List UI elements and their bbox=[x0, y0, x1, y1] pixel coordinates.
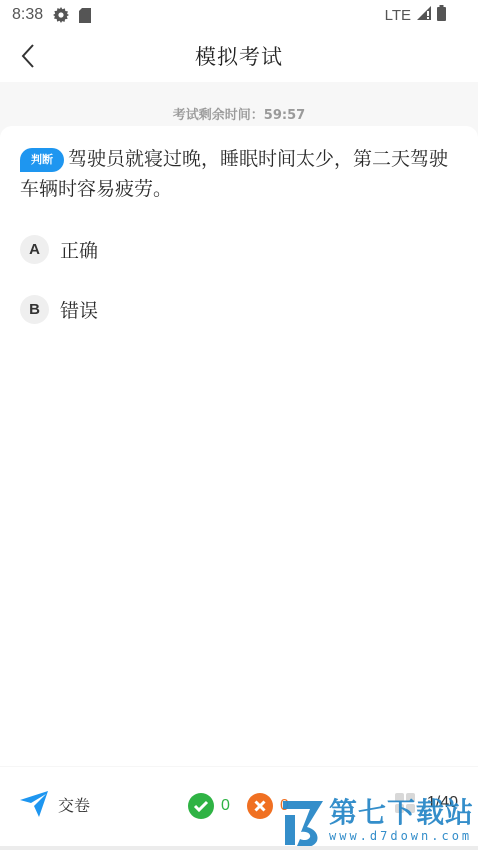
watermark: 第七下载站 www.d7down.com bbox=[283, 797, 474, 847]
chevron-left-icon bbox=[20, 43, 36, 69]
option-b[interactable]: B 错误 bbox=[20, 295, 98, 324]
timer-band: 考试剩余时间：59:57 bbox=[0, 82, 478, 128]
battery-icon bbox=[437, 5, 446, 25]
option-letter: A bbox=[20, 235, 49, 264]
page-title: 模拟考试 bbox=[195, 41, 283, 71]
network-type: LTE bbox=[385, 7, 411, 24]
sd-card-icon bbox=[79, 8, 91, 23]
correct-count-value: 0 bbox=[221, 797, 230, 815]
watermark-title: 第七下载站 bbox=[329, 797, 474, 829]
remaining-time: 考试剩余时间：59:57 bbox=[173, 104, 305, 123]
option-a[interactable]: A 正确 bbox=[20, 235, 98, 264]
status-bar: 8:38 LTE bbox=[0, 0, 478, 30]
question-card: 判断驾驶员就寝过晚，睡眠时间太少，第二天驾驶车辆时容易疲劳。 A 正确 B 错误 bbox=[0, 126, 478, 766]
submit-button[interactable]: 交卷 bbox=[20, 791, 90, 817]
d7-logo-icon bbox=[283, 797, 323, 847]
nav-bar: 模拟考试 bbox=[0, 30, 478, 82]
gear-icon bbox=[53, 7, 69, 23]
option-text: 正确 bbox=[60, 236, 98, 263]
signal-icon bbox=[417, 6, 431, 24]
option-text: 错误 bbox=[60, 296, 98, 323]
status-time: 8:38 bbox=[12, 6, 43, 24]
check-circle-icon bbox=[188, 793, 214, 819]
back-button[interactable] bbox=[10, 38, 46, 74]
option-letter: B bbox=[20, 295, 49, 324]
paper-plane-icon bbox=[20, 791, 48, 817]
bottom-divider bbox=[0, 846, 478, 850]
watermark-url: www.d7down.com bbox=[329, 829, 474, 843]
correct-count: 0 bbox=[188, 793, 230, 819]
question-type-badge: 判断 bbox=[20, 148, 64, 172]
submit-label: 交卷 bbox=[58, 793, 90, 816]
question: 判断驾驶员就寝过晚，睡眠时间太少，第二天驾驶车辆时容易疲劳。 bbox=[20, 144, 450, 204]
x-circle-icon bbox=[247, 793, 273, 819]
question-text: 驾驶员就寝过晚，睡眠时间太少，第二天驾驶车辆时容易疲劳。 bbox=[20, 148, 448, 200]
